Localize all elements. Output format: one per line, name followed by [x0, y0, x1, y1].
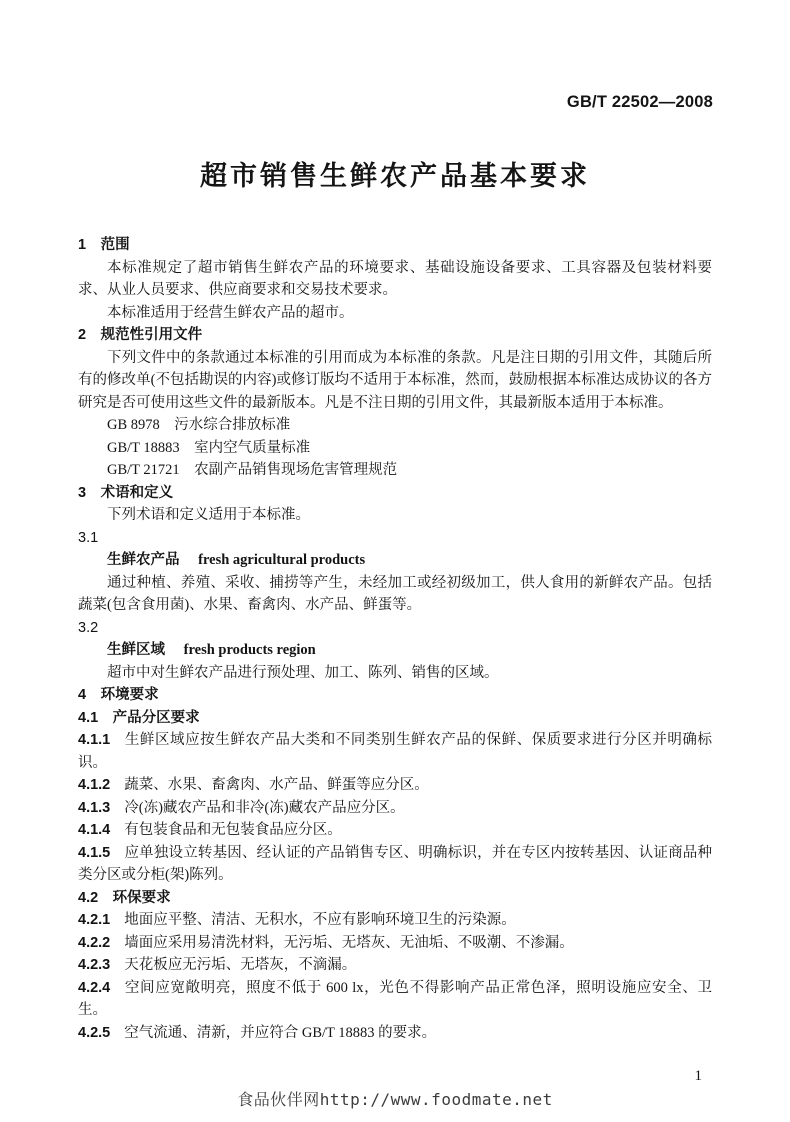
clause-4-1-4: 4.1.4有包装食品和无包装食品应分区。 — [78, 819, 712, 842]
clause-4-1-1-number: 4.1.1 — [78, 732, 110, 748]
section-4-heading: 4 环境要求 — [78, 684, 712, 707]
clause-4-1-5: 4.1.5应单独设立转基因、经认证的产品销售专区、明确标识，并在专区内按转基因、… — [78, 842, 712, 887]
watermark: 食品伙伴网http://www.foodmate.net — [0, 1087, 790, 1110]
clause-4-1-3: 4.1.3冷(冻)藏农产品和非冷(冻)藏农产品应分区。 — [78, 797, 712, 820]
clause-4-2-1: 4.2.1地面应平整、清洁、无积水，不应有影响环境卫生的污染源。 — [78, 909, 712, 932]
page-number: 1 — [695, 1068, 703, 1085]
clause-4-2-5-text: 空气流通、清新，并应符合 GB/T 18883 的要求。 — [124, 1025, 436, 1041]
normative-reference-1: GB 8978 污水综合排放标准 — [78, 414, 712, 437]
standard-code: GB/T 22502—2008 — [567, 93, 713, 112]
clause-4-1-1-text: 生鲜区域应按生鲜农产品大类和不同类别生鲜农产品的保鲜、保质要求进行分区并明确标识… — [78, 732, 712, 771]
term-3-1-zh: 生鲜农产品 — [107, 552, 180, 568]
term-3-1-title: 生鲜农产品 fresh agricultural products — [78, 549, 712, 572]
clause-4-1-1: 4.1.1生鲜区域应按生鲜农产品大类和不同类别生鲜农产品的保鲜、保质要求进行分区… — [78, 729, 712, 774]
term-3-1-definition: 通过种植、养殖、采收、捕捞等产生，未经加工或经初级加工，供人食用的新鲜农产品。包… — [78, 572, 712, 617]
clause-4-1-2-number: 4.1.2 — [78, 777, 110, 793]
clause-4-2-1-text: 地面应平整、清洁、无积水，不应有影响环境卫生的污染源。 — [124, 912, 516, 928]
clause-4-2-3-text: 天花板应无污垢、无塔灰，不滴漏。 — [124, 957, 356, 973]
clause-4-1-3-number: 4.1.3 — [78, 800, 110, 816]
term-3-2-en: fresh products region — [184, 642, 316, 658]
section-2-heading: 2 规范性引用文件 — [78, 324, 712, 347]
section-1-paragraph-2: 本标准适用于经营生鲜农产品的超市。 — [78, 302, 712, 325]
clause-4-1-2-text: 蔬菜、水果、畜禽肉、水产品、鲜蛋等应分区。 — [124, 777, 429, 793]
term-3-2-definition: 超市中对生鲜农产品进行预处理、加工、陈列、销售的区域。 — [78, 662, 712, 685]
clause-4-2-2-number: 4.2.2 — [78, 935, 110, 951]
document-body: 1 范围 本标准规定了超市销售生鲜农产品的环境要求、基础设施设备要求、工具容器及… — [78, 234, 712, 1044]
document-page: GB/T 22502—2008 超市销售生鲜农产品基本要求 1 范围 本标准规定… — [0, 0, 790, 1122]
clause-4-2-1-number: 4.2.1 — [78, 912, 110, 928]
section-4-2-heading: 4.2 环保要求 — [78, 887, 712, 910]
term-3-2-number: 3.2 — [78, 617, 712, 640]
clause-4-2-4-text: 空间应宽敞明亮，照度不低于 600 lx，光色不得影响产品正常色泽，照明设施应安… — [78, 980, 712, 1019]
clause-4-2-3: 4.2.3天花板应无污垢、无塔灰，不滴漏。 — [78, 954, 712, 977]
section-2-paragraph-1: 下列文件中的条款通过本标准的引用而成为本标准的条款。凡是注日期的引用文件，其随后… — [78, 347, 712, 415]
clause-4-2-3-number: 4.2.3 — [78, 957, 110, 973]
clause-4-2-5: 4.2.5空气流通、清新，并应符合 GB/T 18883 的要求。 — [78, 1022, 712, 1045]
clause-4-2-4-number: 4.2.4 — [78, 980, 110, 996]
document-title: 超市销售生鲜农产品基本要求 — [0, 154, 790, 193]
clause-4-2-5-number: 4.2.5 — [78, 1025, 110, 1041]
section-1-paragraph-1: 本标准规定了超市销售生鲜农产品的环境要求、基础设施设备要求、工具容器及包装材料要… — [78, 257, 712, 302]
clause-4-1-5-number: 4.1.5 — [78, 845, 110, 861]
clause-4-2-2: 4.2.2墙面应采用易清洗材料，无污垢、无塔灰、无油垢、不吸潮、不渗漏。 — [78, 932, 712, 955]
clause-4-2-4: 4.2.4空间应宽敞明亮，照度不低于 600 lx，光色不得影响产品正常色泽，照… — [78, 977, 712, 1022]
term-3-1-number: 3.1 — [78, 527, 712, 550]
clause-4-1-4-number: 4.1.4 — [78, 822, 110, 838]
clause-4-1-5-text: 应单独设立转基因、经认证的产品销售专区、明确标识，并在专区内按转基因、认证商品种… — [78, 845, 712, 884]
term-3-2-title: 生鲜区域 fresh products region — [78, 639, 712, 662]
clause-4-1-2: 4.1.2蔬菜、水果、畜禽肉、水产品、鲜蛋等应分区。 — [78, 774, 712, 797]
normative-reference-2: GB/T 18883 室内空气质量标准 — [78, 437, 712, 460]
section-1-heading: 1 范围 — [78, 234, 712, 257]
section-4-1-heading: 4.1 产品分区要求 — [78, 707, 712, 730]
section-3-intro: 下列术语和定义适用于本标准。 — [78, 504, 712, 527]
normative-reference-3: GB/T 21721 农副产品销售现场危害管理规范 — [78, 459, 712, 482]
section-3-heading: 3 术语和定义 — [78, 482, 712, 505]
term-3-2-zh: 生鲜区域 — [107, 642, 165, 658]
clause-4-2-2-text: 墙面应采用易清洗材料，无污垢、无塔灰、无油垢、不吸潮、不渗漏。 — [124, 935, 574, 951]
clause-4-1-3-text: 冷(冻)藏农产品和非冷(冻)藏农产品应分区。 — [124, 800, 404, 816]
clause-4-1-4-text: 有包装食品和无包装食品应分区。 — [124, 822, 342, 838]
term-3-1-en: fresh agricultural products — [198, 552, 365, 568]
